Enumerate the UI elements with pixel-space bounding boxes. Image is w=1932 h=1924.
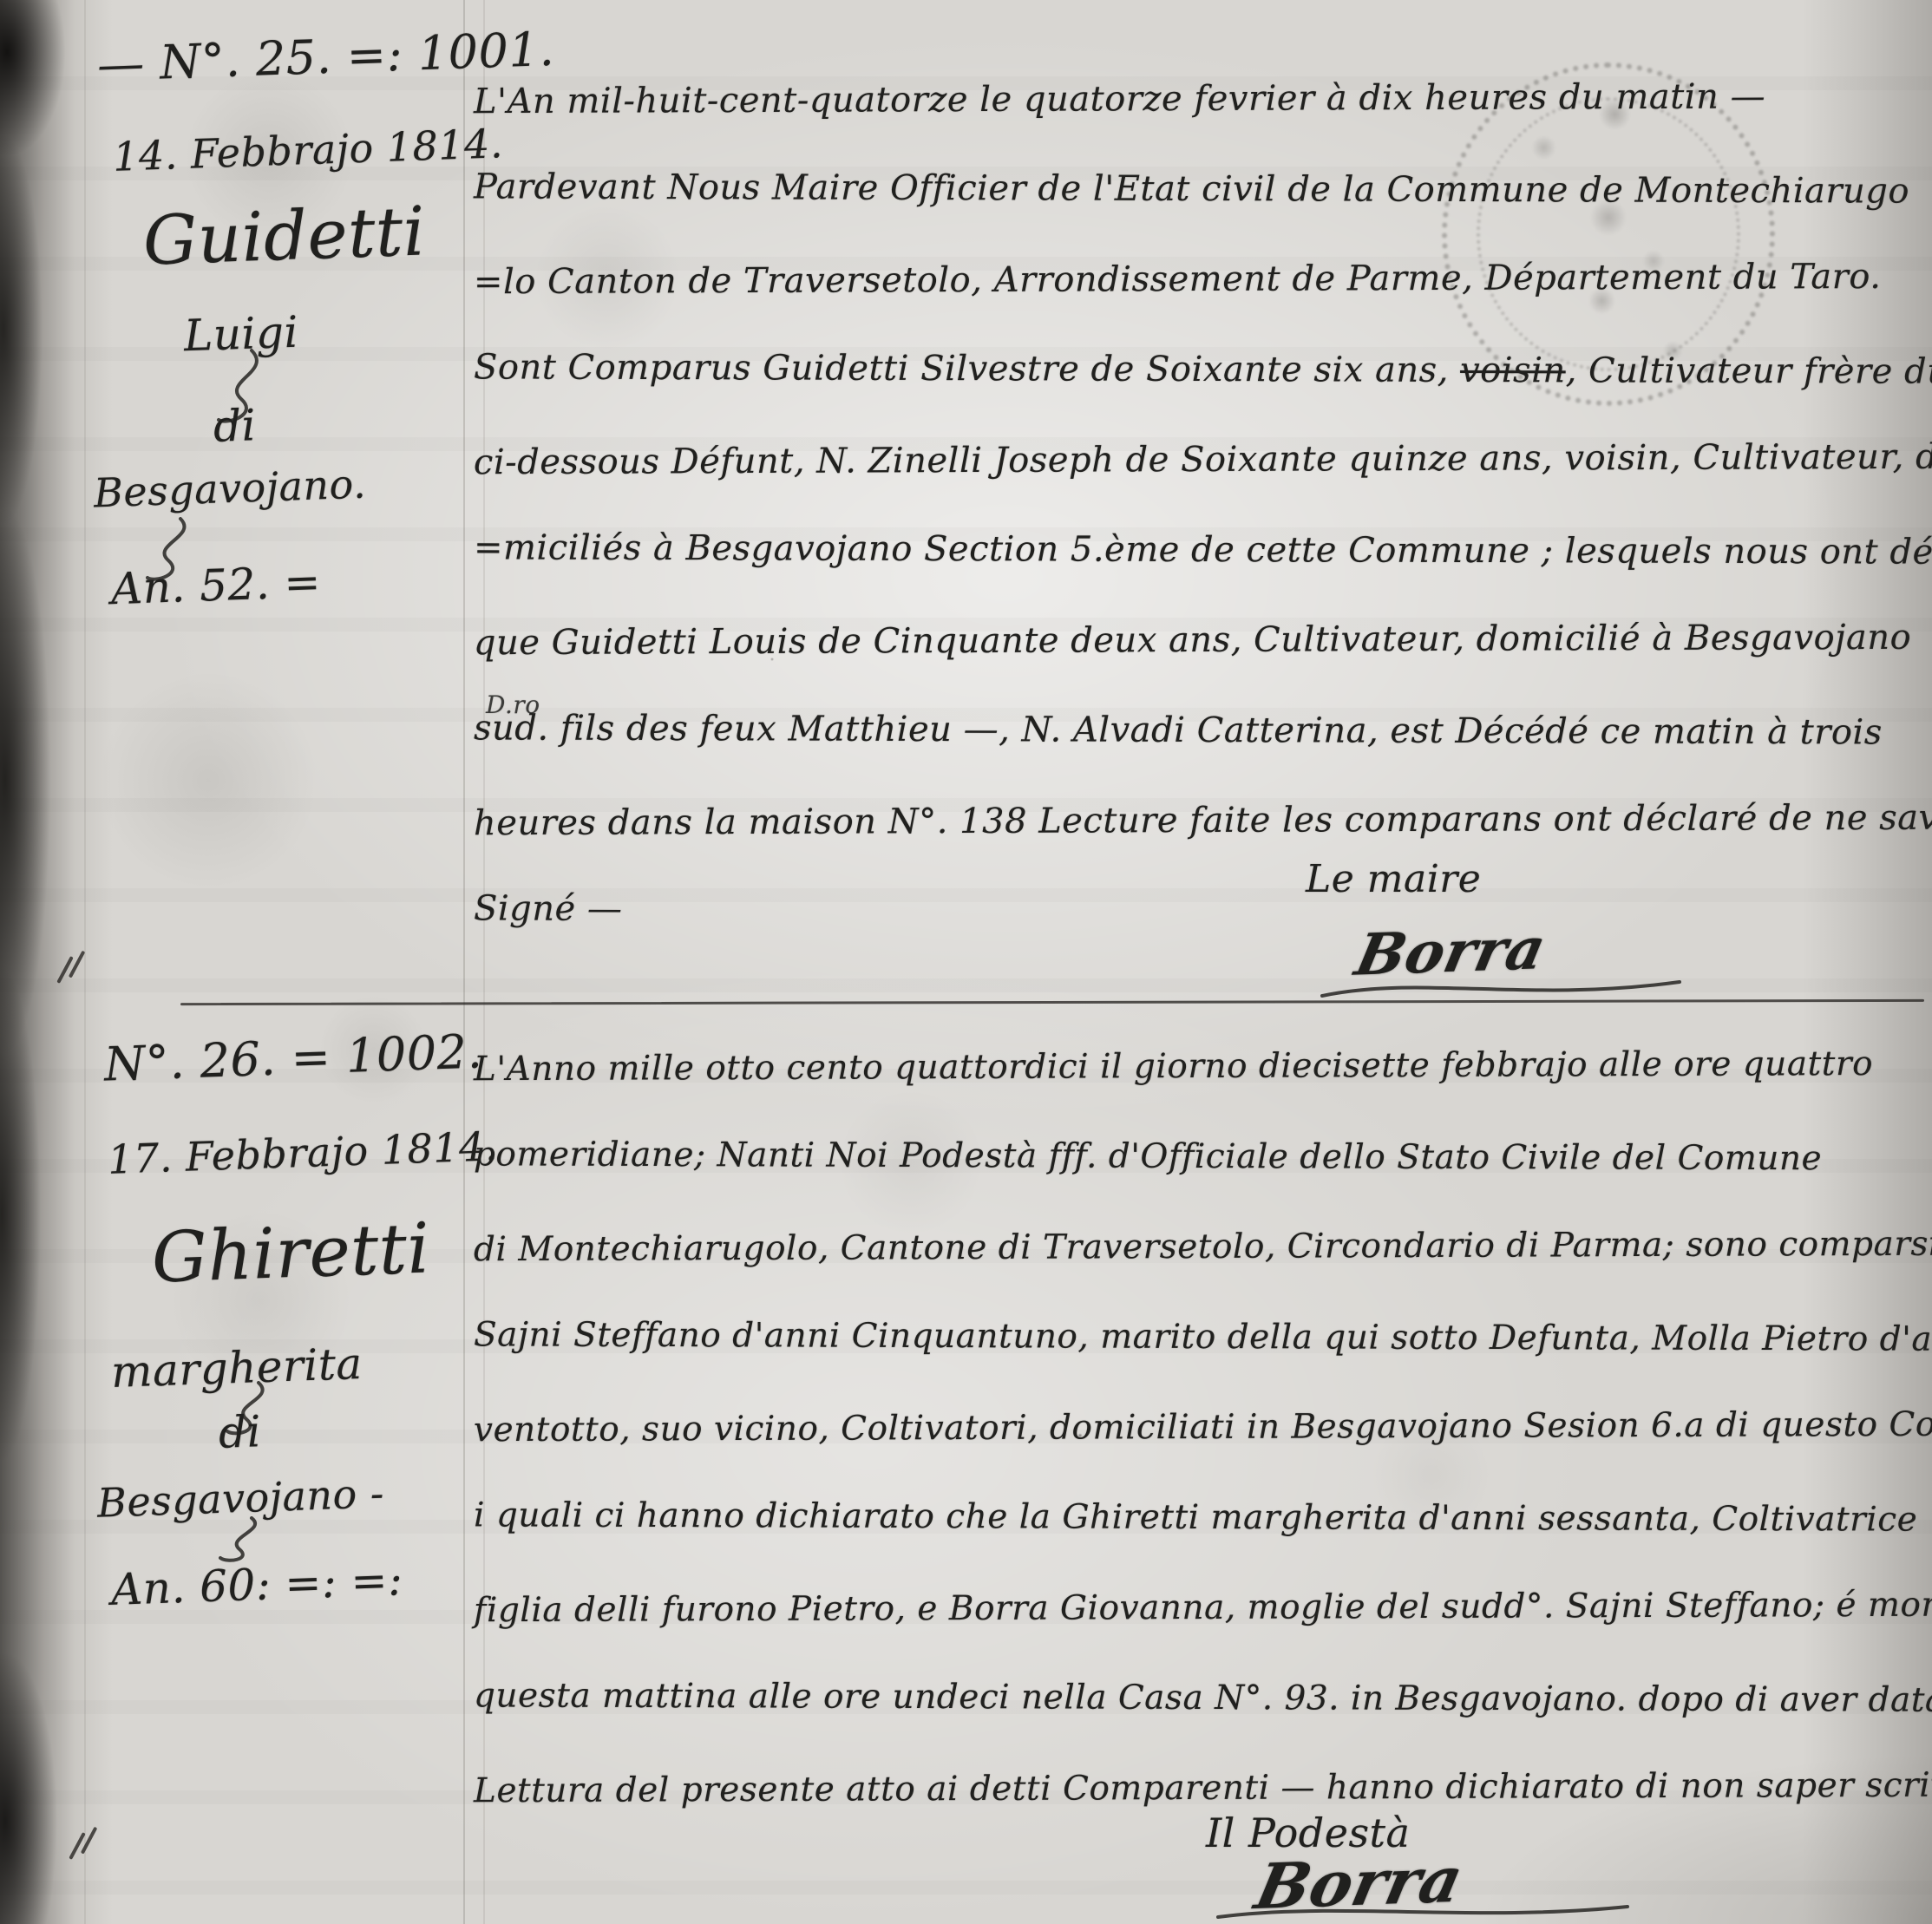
record-line: L'Anno mille otto cento quattordici il g… [474, 1019, 1922, 1115]
record-line: i quali ci hanno dichiarato che la Ghire… [474, 1470, 1922, 1565]
pen-mark [56, 956, 73, 984]
interline-abbreviation: D.ro [486, 690, 540, 719]
entry1-place: Besgavojano. [93, 461, 367, 517]
record-line-with-correction: Sont Comparus Guidetti Silvestre de Soix… [474, 322, 1922, 416]
record-line: ventotto, suo vicino, Coltivatori, domic… [474, 1380, 1922, 1476]
entry1-deceased-surname: Guidetti [142, 193, 427, 280]
entry1-age: An. 52. = [110, 557, 322, 614]
record-line: =lo Canton de Traversetolo, Arrondisseme… [474, 232, 1922, 327]
registry-page: — N°. 25. =: 1001. 14. Febbrajo 1814. Gu… [0, 0, 1932, 1924]
record-line: L'An mil-huit-cent-quatorze le quatorze … [474, 51, 1922, 147]
entry2-date: 17. Febbrajo 1814. [107, 1122, 499, 1183]
entry1-body-text: L'An mil-huit-cent-quatorze le quatorze … [474, 54, 1922, 956]
entry1-preposition-di: di [213, 400, 257, 452]
left-edge-rule [84, 0, 86, 1924]
record-line-signed: Signé — [474, 863, 1922, 958]
entry1-signature: Borra [1350, 914, 1552, 988]
entry1-deceased-given-name: Luigi [183, 307, 299, 362]
entry2-deceased-given-name: margherita [110, 1338, 363, 1397]
record-line: heures dans la maison N°. 138 Lecture fa… [474, 773, 1922, 868]
record-line: questa mattina alle ore undeci nella Cas… [474, 1651, 1922, 1745]
entry2-age: An. 60: =: =: [110, 1554, 403, 1615]
record-line: Lettura del presente atto ai detti Compa… [474, 1741, 1922, 1836]
entry1-date: 14. Febbrajo 1814. [112, 120, 504, 180]
record-line: figlia delli furono Pietro, e Borra Giov… [474, 1561, 1922, 1656]
record-line: di Montechiarugolo, Cantone di Traverset… [474, 1200, 1922, 1295]
entry2-preposition-di: di [218, 1406, 262, 1458]
record-line: ci-dessous Défunt, N. Zinelli Joseph de … [474, 412, 1922, 507]
entry1-closing-title: Le maire [1306, 857, 1481, 901]
pen-flourish [219, 1516, 271, 1565]
struck-through-word: voisin [1460, 350, 1566, 390]
entry2-signature: Borra [1249, 1842, 1470, 1923]
record-line: sud. fils des feux Matthieu —, N. Alvadi… [474, 683, 1922, 777]
entry2-place: Besgavojano - [96, 1469, 385, 1527]
entry2-act-number: N°. 26. = 1002. [103, 1024, 483, 1091]
binding-edge [0, 0, 113, 1924]
record-line: pomeridiane; Nanti Noi Podestà fff. d'Of… [474, 1109, 1922, 1204]
line-segment: Sont Comparus Guidetti Silvestre de Soix… [474, 347, 1460, 390]
pen-mark [69, 1832, 85, 1860]
margin-rule [463, 0, 465, 1924]
record-line: que Guidetti Louis de Cinquante deux ans… [474, 592, 1922, 688]
entry-divider-line [180, 999, 1924, 1005]
entry2-deceased-surname: Ghiretti [150, 1207, 431, 1298]
record-line: Pardevant Nous Maire Officier de l'Etat … [474, 141, 1922, 236]
entry2-body-text: L'Anno mille otto cento quattordici il g… [474, 1022, 1922, 1834]
record-line: Sajni Steffano d'anni Cinquantuno, marit… [474, 1290, 1922, 1384]
record-line: =miciliés à Besgavojano Section 5.ème de… [474, 502, 1922, 597]
line-segment: , Cultivateur frère du [1566, 350, 1932, 391]
